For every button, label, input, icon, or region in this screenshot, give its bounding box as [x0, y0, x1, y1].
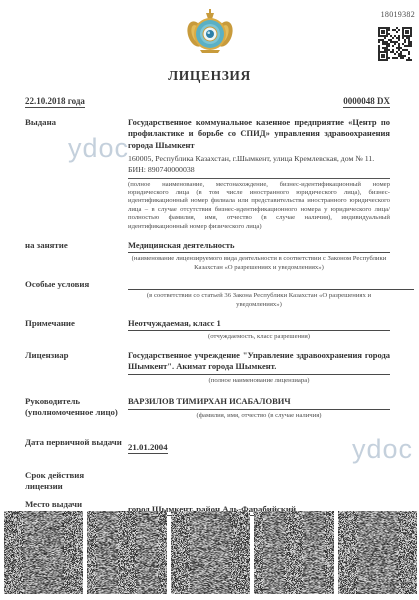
signature-noise-block — [338, 511, 417, 594]
field-first-issue-date: Дата первичной выдачи 21.01.2004 — [25, 437, 390, 455]
field-label: Дата первичной выдачи — [25, 437, 128, 455]
activity-value: Медицинская деятельность — [128, 240, 390, 253]
organization-name: Государственное коммунальное казенное пр… — [128, 117, 390, 151]
signature-noise-block — [254, 511, 333, 594]
signature-noise-block — [4, 511, 83, 594]
field-head: Руководитель (уполномоченное лицо) ВАРЗИ… — [25, 396, 390, 420]
first-issue-date-value: 21.01.2004 — [128, 442, 168, 454]
organization-bin: БИН: 890740000038 — [128, 165, 390, 175]
license-number: 0000048 DX — [343, 96, 390, 108]
registration-stamp-number: 18019382 — [381, 10, 415, 19]
field-caption: (полное наименование, местонахождение, б… — [128, 178, 390, 231]
field-remark: Примечание Неотчуждаемая, класс 1 (отчуж… — [25, 318, 390, 342]
signature-noise-block — [87, 511, 166, 594]
field-caption: (полное наименование лицензиара) — [128, 375, 390, 385]
field-licensor: Лицензиар Государственное учреждение "Уп… — [25, 350, 390, 385]
field-label: на занятие — [25, 240, 128, 272]
license-document: 18019382 ЛИЦЕНЗИЯ 22.10.2018 года 000004… — [0, 7, 419, 600]
field-activity: на занятие Медицинская деятельность (наи… — [25, 240, 390, 272]
field-caption: (в соответствии со статьей 36 Закона Рес… — [128, 290, 390, 309]
meta-row: 22.10.2018 года 0000048 DX — [0, 96, 419, 108]
field-label: Руководитель (уполномоченное лицо) — [25, 396, 128, 420]
issue-date: 22.10.2018 года — [25, 96, 85, 108]
field-caption: (фамилия, имя, отчество (в случае наличи… — [128, 410, 390, 420]
field-issued-to: Выдана Государственное коммунальное казе… — [25, 117, 390, 231]
kazakhstan-coat-of-arms-icon — [186, 7, 234, 55]
fields-container: Выдана Государственное коммунальное казе… — [0, 117, 419, 517]
head-name: ВАРЗИЛОВ ТИМИРХАН ИСАБАЛОВИЧ — [128, 396, 390, 409]
digital-signature-barcode-strip — [4, 511, 417, 594]
field-label: Срок действия лицензии — [25, 470, 128, 492]
field-label: Особые условия — [25, 279, 128, 309]
remark-value: Неотчуждаемая, класс 1 — [128, 318, 390, 331]
field-caption: (наименование лицензируемого вида деятел… — [128, 253, 390, 272]
special-conditions-empty-line — [128, 279, 414, 290]
field-caption: (отчуждаемость, класс разрешения) — [128, 331, 390, 341]
signature-noise-block — [171, 511, 250, 594]
field-label: Примечание — [25, 318, 128, 342]
field-label: Лицензиар — [25, 350, 128, 385]
document-title: ЛИЦЕНЗИЯ — [0, 68, 419, 84]
field-label: Выдана — [25, 117, 128, 231]
field-validity: Срок действия лицензии — [25, 470, 390, 492]
qr-code-icon — [378, 27, 412, 61]
field-special-conditions: Особые условия (в соответствии со статье… — [25, 279, 390, 309]
licensor-value: Государственное учреждение "Управление з… — [128, 350, 390, 375]
organization-address: 160005, Республика Казахстан, г.Шымкент,… — [128, 154, 390, 164]
